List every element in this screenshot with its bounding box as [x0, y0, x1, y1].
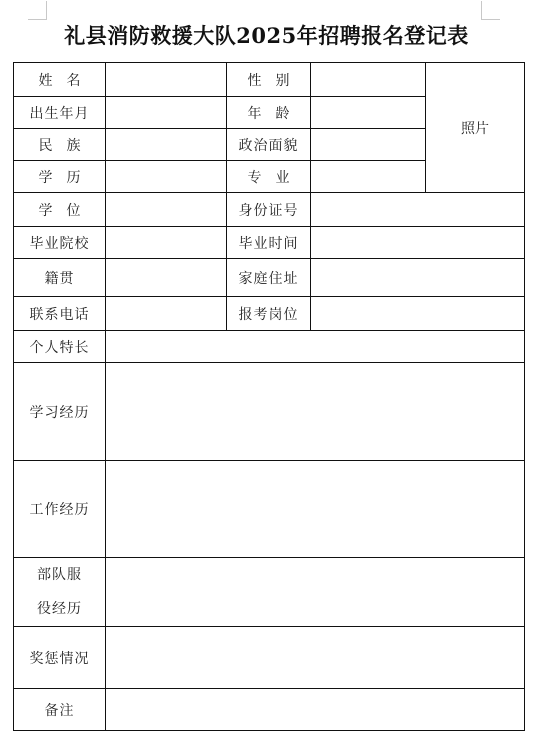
- field-political-status[interactable]: [311, 129, 426, 161]
- label-age: 年龄: [227, 97, 311, 129]
- field-personal-skills[interactable]: [106, 331, 525, 363]
- label-graduation-date: 毕业时间: [227, 227, 311, 259]
- label-applied-position: 报考岗位: [227, 297, 311, 331]
- field-gender[interactable]: [311, 63, 426, 97]
- field-major[interactable]: [311, 161, 426, 193]
- label-name: 姓名: [14, 63, 106, 97]
- label-graduate-school: 毕业院校: [14, 227, 106, 259]
- label-personal-skills: 个人特长: [14, 331, 106, 363]
- field-id-number[interactable]: [311, 193, 525, 227]
- field-name[interactable]: [106, 63, 227, 97]
- label-gender: 性别: [227, 63, 311, 97]
- label-military-service: 部队服 役经历: [14, 558, 106, 627]
- field-study-history[interactable]: [106, 363, 525, 461]
- field-birth-date[interactable]: [106, 97, 227, 129]
- field-military-service[interactable]: [106, 558, 525, 627]
- field-education[interactable]: [106, 161, 227, 193]
- label-id-number: 身份证号: [227, 193, 311, 227]
- label-military-service-line2: 役经历: [14, 592, 105, 626]
- label-phone: 联系电话: [14, 297, 106, 331]
- field-phone[interactable]: [106, 297, 227, 331]
- field-native-place[interactable]: [106, 259, 227, 297]
- field-remarks[interactable]: [106, 689, 525, 731]
- field-home-address[interactable]: [311, 259, 525, 297]
- label-work-history: 工作经历: [14, 461, 106, 558]
- label-military-service-line1: 部队服: [14, 558, 105, 592]
- label-study-history: 学习经历: [14, 363, 106, 461]
- field-graduation-date[interactable]: [311, 227, 525, 259]
- registration-form-table: 姓名 性别 照片 出生年月 年龄 民族 政治面貌 学历 专业 学位 身份证号 毕…: [13, 62, 525, 731]
- label-political-status: 政治面貌: [227, 129, 311, 161]
- photo-cell[interactable]: 照片: [426, 63, 525, 193]
- field-ethnicity[interactable]: [106, 129, 227, 161]
- page-corner-mark-right: [481, 1, 500, 20]
- label-native-place: 籍贯: [14, 259, 106, 297]
- label-degree: 学位: [14, 193, 106, 227]
- document-title: 礼县消防救援大队2025年招聘报名登记表: [0, 20, 533, 50]
- label-education: 学历: [14, 161, 106, 193]
- label-home-address: 家庭住址: [227, 259, 311, 297]
- field-age[interactable]: [311, 97, 426, 129]
- field-degree[interactable]: [106, 193, 227, 227]
- field-applied-position[interactable]: [311, 297, 525, 331]
- label-birth-date: 出生年月: [14, 97, 106, 129]
- label-rewards-penalties: 奖惩情况: [14, 627, 106, 689]
- field-work-history[interactable]: [106, 461, 525, 558]
- field-graduate-school[interactable]: [106, 227, 227, 259]
- field-rewards-penalties[interactable]: [106, 627, 525, 689]
- label-remarks: 备注: [14, 689, 106, 731]
- page-corner-mark-left: [28, 1, 47, 20]
- label-major: 专业: [227, 161, 311, 193]
- label-ethnicity: 民族: [14, 129, 106, 161]
